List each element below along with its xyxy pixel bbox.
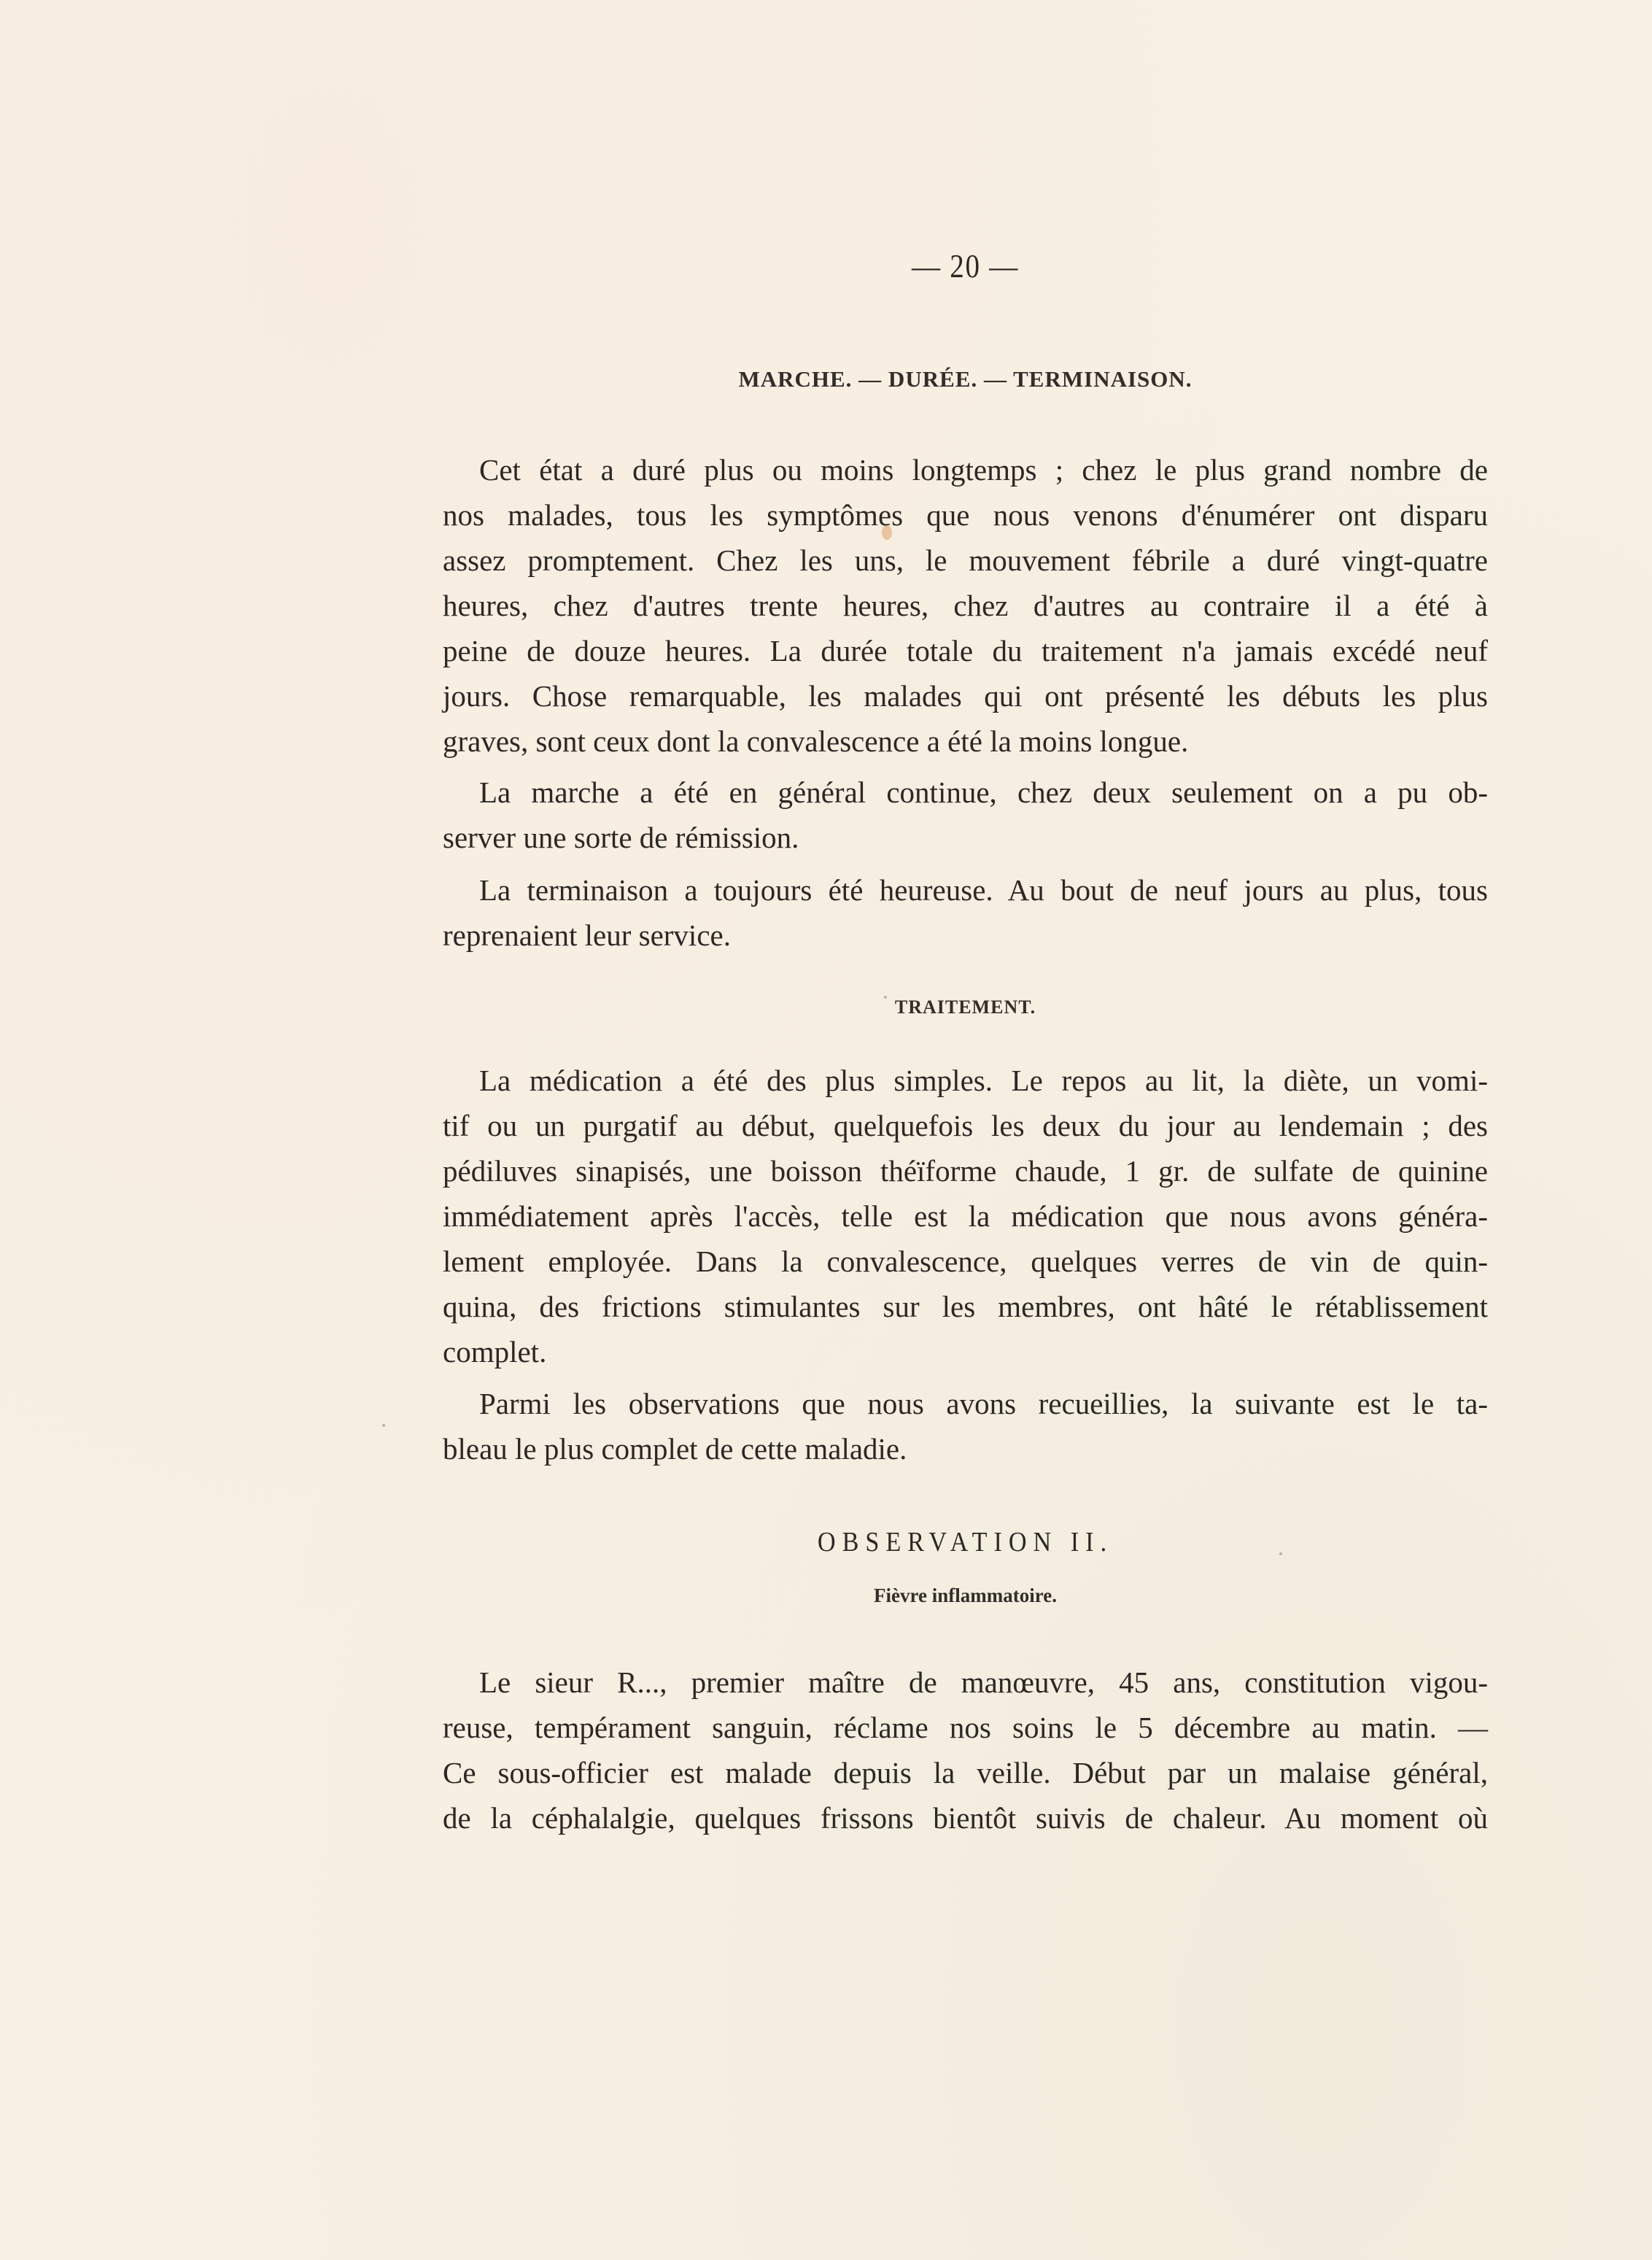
text-line: La médication a été des plus simples. Le… — [443, 1058, 1488, 1103]
text-line: graves, sont ceux dont la convalescence … — [443, 719, 1488, 764]
text-line: reuse, tempérament sanguin, réclame nos … — [443, 1705, 1488, 1750]
text-line: La terminaison a toujours été heureuse. … — [443, 867, 1488, 913]
text-line: lement employée. Dans la convalescence, … — [443, 1239, 1488, 1284]
text-line: heures, chez d'autres trente heures, che… — [443, 583, 1488, 628]
paragraph-marche-2: La marche a été en général continue, che… — [443, 770, 1488, 860]
paper-speck — [382, 1424, 385, 1427]
text-line: Parmi les observations que nous avons re… — [443, 1381, 1488, 1426]
text-line: server une sorte de rémission. — [443, 815, 1488, 860]
observation-heading: OBSERVATION II. — [495, 1526, 1436, 1558]
text-line: de la céphalalgie, quelques frissons bie… — [443, 1795, 1488, 1841]
observation-subtitle: Fièvre inflammatoire. — [443, 1584, 1488, 1607]
paragraph-traitement-2: Parmi les observations que nous avons re… — [443, 1381, 1488, 1471]
page-number: — 20 — — [521, 247, 1409, 285]
text-line: Cet état a duré plus ou moins longtemps … — [443, 447, 1488, 492]
paragraph-observation-1: Le sieur R..., premier maître de manœuvr… — [443, 1660, 1488, 1841]
text-line: complet. — [443, 1329, 1488, 1374]
text-line: immédiatement après l'accès, telle est l… — [443, 1193, 1488, 1239]
paragraph-traitement-1: La médication a été des plus simples. Le… — [443, 1058, 1488, 1374]
text-line: peine de douze heures. La durée totale d… — [443, 628, 1488, 673]
section-heading-marche: MARCHE. — DURÉE. — TERMINAISON. — [443, 366, 1488, 392]
text-line: quina, des frictions stimulantes sur les… — [443, 1284, 1488, 1329]
text-line: pédiluves sinapisés, une boisson théïfor… — [443, 1148, 1488, 1193]
text-line: Ce sous-officier est malade depuis la ve… — [443, 1750, 1488, 1795]
text-line: La marche a été en général continue, che… — [443, 770, 1488, 815]
text-line: jours. Chose remarquable, les malades qu… — [443, 673, 1488, 719]
text-line: nos malades, tous les symptômes que nous… — [443, 492, 1488, 538]
paragraph-marche-3: La terminaison a toujours été heureuse. … — [443, 867, 1488, 958]
paragraph-marche-1: Cet état a duré plus ou moins longtemps … — [443, 447, 1488, 764]
text-line: bleau le plus complet de cette maladie. — [443, 1426, 1488, 1471]
section-heading-traitement: TRAITEMENT. — [443, 997, 1488, 1018]
text-line: Le sieur R..., premier maître de manœuvr… — [443, 1660, 1488, 1705]
text-line: tif ou un purgatif au début, quelquefois… — [443, 1103, 1488, 1148]
text-line: reprenaient leur service. — [443, 913, 1488, 958]
text-line: assez promptement. Chez les uns, le mouv… — [443, 538, 1488, 583]
